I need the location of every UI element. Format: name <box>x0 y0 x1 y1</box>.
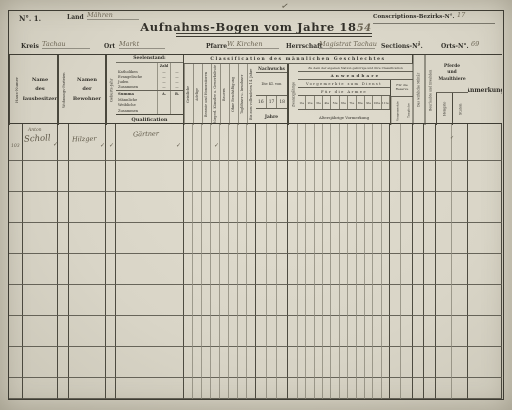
summa-row-cell <box>157 108 170 114</box>
grid-cell <box>277 192 288 223</box>
classification-group-column: Ohne Beschäftigung <box>229 64 238 125</box>
twenty-year-olds-column: Zwanzigjährige <box>288 64 298 125</box>
grid-cell <box>184 285 193 316</box>
classification-group-columns: GeistlicheAdeligeBeamte und Honoratioren… <box>184 64 256 125</box>
grid-cell <box>202 285 211 316</box>
livestock-subcolumn: Stuten <box>452 93 468 125</box>
grid-cell <box>298 347 306 378</box>
grid-cell <box>116 378 184 399</box>
grid-cell <box>106 223 116 254</box>
livestock-title-line: und <box>447 70 456 77</box>
classification-group-column: Bürgerl. Künstler u. Gewerbsleute <box>211 64 220 125</box>
grid-cell <box>348 285 357 316</box>
grid-cell <box>424 378 436 399</box>
grid-cell <box>23 161 58 192</box>
grid-cell <box>184 223 193 254</box>
grid-cell <box>116 285 184 316</box>
grid-cell <box>58 378 69 399</box>
grid-cell <box>69 223 106 254</box>
grid-cell <box>424 316 436 347</box>
grid-cell <box>357 378 365 399</box>
grid-cell <box>184 192 193 223</box>
classification-group-column: Bauern <box>220 64 229 125</box>
grid-cell <box>106 285 116 316</box>
grid-cell <box>413 124 424 161</box>
armee-class-cell: 11te <box>382 96 390 109</box>
grid-cell <box>184 316 193 347</box>
grid-cell <box>373 285 382 316</box>
grid-cell <box>452 192 468 223</box>
grid-cell <box>220 124 229 161</box>
grid-cell <box>413 378 424 399</box>
grid-cell <box>238 223 247 254</box>
column-remarks: Anmerkung <box>468 55 502 125</box>
grid-cell <box>116 192 184 223</box>
religion-box-title: Seelenstand: <box>116 55 183 63</box>
grid-cell <box>106 378 116 399</box>
grid-cell <box>277 316 288 347</box>
grid-cell <box>323 223 331 254</box>
grid-cell <box>357 192 365 223</box>
grid-cell <box>306 285 315 316</box>
grid-cell <box>238 316 247 347</box>
column-inhabitants: Namen der Bewohner <box>69 55 106 125</box>
grid-cell <box>401 285 413 316</box>
grid-cell <box>357 161 365 192</box>
grid-cell <box>468 254 502 285</box>
grid-cell <box>247 161 256 192</box>
grid-cell <box>202 378 211 399</box>
grid-cell <box>306 254 315 285</box>
grid-cell <box>220 285 229 316</box>
grid-cell <box>315 254 323 285</box>
grid-cell <box>390 316 401 347</box>
grid-cell <box>58 254 69 285</box>
grid-cell <box>323 316 331 347</box>
entry-check-mark: ✓ <box>450 135 454 141</box>
grid-cell <box>106 161 116 192</box>
military-column: Das wirkliche Militär <box>413 55 425 125</box>
grid-cell <box>340 223 348 254</box>
grid-cell <box>436 347 452 378</box>
grid-cell <box>220 347 229 378</box>
nachwuchs-year-cell: 18 <box>277 96 287 108</box>
livestock-title: Pferde und Maulthiere <box>436 55 468 93</box>
nachwuchs-subtitle: Die Kl. von <box>256 73 287 96</box>
grid-cell <box>238 192 247 223</box>
armee-class-cell: 3te <box>315 96 323 109</box>
reserve-subcolumns: VorgemerkteTaugliche <box>390 96 413 125</box>
grid-cell <box>238 161 247 192</box>
nachwuchs-year-cell: 17 <box>267 96 278 108</box>
grid-cell <box>23 223 58 254</box>
armee-class-cell: 5te <box>331 96 339 109</box>
sections-value-handwriting: 1 <box>417 40 421 48</box>
grid-cell <box>267 347 277 378</box>
grid-cell <box>306 378 315 399</box>
grid-cell <box>193 223 202 254</box>
grid-cell <box>340 316 348 347</box>
summa-row: Zusammen <box>116 108 183 114</box>
herrschaft-label: Herrschaft <box>286 43 322 50</box>
grid-cell <box>340 347 348 378</box>
grid-cell <box>315 347 323 378</box>
grid-cell <box>468 192 502 223</box>
summa-header: Summa A. B. <box>116 90 183 97</box>
grid-cell <box>193 192 202 223</box>
grid-cell <box>382 378 390 399</box>
title-double-rule <box>176 33 372 37</box>
grid-cell <box>202 347 211 378</box>
grid-cell <box>382 161 390 192</box>
grid-cell <box>277 254 288 285</box>
grid-cell <box>315 124 323 161</box>
grid-cell <box>348 192 357 223</box>
grid-cell <box>424 347 436 378</box>
grid-cell <box>306 161 315 192</box>
grid-cell <box>23 347 58 378</box>
grid-cell <box>331 378 340 399</box>
grid-cell <box>424 192 436 223</box>
grid-cell <box>298 285 306 316</box>
grid-cell <box>348 223 357 254</box>
grid-cell <box>452 223 468 254</box>
grid-cell <box>436 161 452 192</box>
grid-cell <box>315 316 323 347</box>
armee-row: Für die Armee <box>298 88 390 96</box>
grid-cell <box>288 378 298 399</box>
grid-cell <box>220 161 229 192</box>
grid-cell <box>331 124 340 161</box>
armee-class-cell: 1te <box>298 96 306 109</box>
armee-class-cell: 2te <box>306 96 314 109</box>
grid-cell <box>211 192 220 223</box>
grid-cell <box>247 254 256 285</box>
grid-cell <box>315 192 323 223</box>
grid-cell <box>247 378 256 399</box>
grid-cell <box>116 347 184 378</box>
classification-group-column: Bis zum vollendeten 14. Jahre <box>247 64 256 125</box>
grid-cell <box>340 124 348 161</box>
grid-cell <box>247 285 256 316</box>
grid-cell <box>315 285 323 316</box>
kreis-value-handwriting: Tachau <box>42 40 90 49</box>
grid-cell <box>401 316 413 347</box>
grid-cell <box>298 161 306 192</box>
grid-cell <box>267 192 277 223</box>
nachwuchs-year-cell: 16 <box>256 96 267 108</box>
grid-cell <box>424 285 436 316</box>
grid-cell <box>424 223 436 254</box>
column-house-number: Haus-Numer <box>9 55 23 125</box>
grid-cell <box>202 254 211 285</box>
grid-cell <box>202 316 211 347</box>
pfarre-label: Pfarre <box>206 43 227 50</box>
grid-cell <box>365 124 373 161</box>
religion-row-label: Katholiken <box>116 70 157 74</box>
grid-cell <box>116 254 184 285</box>
grid-cell <box>365 161 373 192</box>
grid-cell <box>229 285 238 316</box>
grid-cell <box>247 347 256 378</box>
grid-cell <box>298 254 306 285</box>
grid-cell <box>413 285 424 316</box>
grid-cell <box>267 378 277 399</box>
grid-cell <box>277 124 288 161</box>
grid-cell <box>69 161 106 192</box>
grid-cell <box>413 347 424 378</box>
grid-cell <box>365 347 373 378</box>
grid-cell <box>436 192 452 223</box>
grid-cell <box>331 347 340 378</box>
remarks-label: Anmerkung <box>468 87 502 94</box>
entry-check-mark: ✓ <box>176 142 181 149</box>
classification-group-column: Adelige <box>193 64 202 125</box>
grid-cell <box>298 124 306 161</box>
grid-cell <box>373 161 382 192</box>
grid-cell <box>69 378 106 399</box>
grid-cell <box>256 161 267 192</box>
grid-cell <box>229 192 238 223</box>
grid-cell <box>106 192 116 223</box>
grid-cell <box>58 124 69 161</box>
column-dwelling-party: Wohnungs-Parteien <box>58 55 69 125</box>
grid-cell <box>331 316 340 347</box>
grid-cell <box>306 223 315 254</box>
owner-line: des <box>35 85 45 95</box>
entry-owner-first-name-handwriting: Anton <box>28 128 42 133</box>
summa-rows: MännlicheWeiblicheZusammen <box>116 97 183 114</box>
grid-cell <box>267 254 277 285</box>
nachwuchs-years: 161718 <box>256 96 287 109</box>
grid-cell <box>331 254 340 285</box>
grid-cell <box>288 254 298 285</box>
grid-cell <box>256 254 267 285</box>
entry-check-mark: ✓ <box>53 141 58 148</box>
grid-cell <box>390 378 401 399</box>
grid-cell <box>401 254 413 285</box>
summa-row-label: Weibliche <box>116 103 157 107</box>
grid-cell <box>390 161 401 192</box>
grid-cell <box>452 378 468 399</box>
grid-cell <box>373 124 382 161</box>
grid-cell <box>58 223 69 254</box>
nachwuchs-title: Nachwuchs <box>256 64 287 73</box>
grid-cell <box>256 347 267 378</box>
ort-value-handwriting: Markt <box>119 40 165 49</box>
pencil-check-mark: ✓ <box>280 1 289 12</box>
grid-cell <box>58 347 69 378</box>
armee-class-cell: 4te <box>323 96 331 109</box>
grid-cell <box>373 378 382 399</box>
grid-cell <box>340 254 348 285</box>
grid-cell <box>390 347 401 378</box>
grid-cell <box>331 223 340 254</box>
grid-cell <box>23 378 58 399</box>
grid-cell <box>193 124 202 161</box>
grid-cell <box>306 124 315 161</box>
grid-cell <box>323 124 331 161</box>
grid-cell <box>315 223 323 254</box>
military-column: Beurlaubte und Invaliden <box>425 55 437 125</box>
grid-cell <box>116 161 184 192</box>
grid-cell <box>424 254 436 285</box>
grid-cell <box>298 192 306 223</box>
grid-cell <box>69 192 106 223</box>
grid-cell <box>267 223 277 254</box>
grid-cell <box>9 347 23 378</box>
reserve-subcolumn: Taugliche <box>403 97 414 125</box>
grid-cell <box>106 316 116 347</box>
grid-cell <box>277 223 288 254</box>
classification-group-column: Beamte und Honoratioren <box>202 64 211 125</box>
grid-cell <box>401 378 413 399</box>
grid-cell <box>468 285 502 316</box>
grid-cell <box>116 316 184 347</box>
classification-title: Classification des männlichen Geschlecht… <box>184 55 413 64</box>
grid-cell <box>58 285 69 316</box>
entry-house-number-handwriting: 103 <box>11 144 20 149</box>
grid-cell <box>357 316 365 347</box>
entry-check-mark: ✓ <box>109 142 114 149</box>
grid-cell <box>298 378 306 399</box>
grid-cell <box>23 316 58 347</box>
grid-cell <box>452 316 468 347</box>
grid-cell <box>288 161 298 192</box>
ort-label: Ort <box>104 43 115 50</box>
vorgemerkte-row: Vorgemerkte zum Dienst <box>298 80 390 88</box>
grid-cell <box>202 161 211 192</box>
grid-cell <box>229 223 238 254</box>
livestock-title-line: Maulthiere <box>438 77 465 84</box>
grid-cell <box>365 254 373 285</box>
grid-cell <box>382 347 390 378</box>
grid-cell <box>211 223 220 254</box>
grid-cell <box>220 316 229 347</box>
grid-cell <box>247 124 256 161</box>
pfarre-value-handwriting: W. Kirchen <box>227 40 279 49</box>
grid-cell <box>323 254 331 285</box>
grid-cell <box>382 124 390 161</box>
grid-cell <box>69 254 106 285</box>
grid-cell <box>390 223 401 254</box>
armee-class-cell: 8te <box>357 96 365 109</box>
grid-cell <box>220 192 229 223</box>
grid-cell <box>452 285 468 316</box>
grid-cell <box>413 316 424 347</box>
classification-group-column: Taglöhner u. Inwohner <box>238 64 247 125</box>
grid-cell <box>468 316 502 347</box>
religion-rows: Katholiken——Evangelische——Juden——Zusamme… <box>116 69 183 90</box>
grid-cell <box>238 285 247 316</box>
herrschaft-value-handwriting: Magistrat Tachau <box>319 40 375 49</box>
grid-cell <box>436 223 452 254</box>
grid-cell <box>340 378 348 399</box>
grid-cell <box>256 192 267 223</box>
religion-summary-box: Seelenstand: Zahl Katholiken——Evangelisc… <box>116 55 184 125</box>
grid-cell <box>373 316 382 347</box>
grid-cell <box>468 124 502 161</box>
grid-cell <box>382 192 390 223</box>
grid-cell <box>323 285 331 316</box>
conscription-classification-box: Zu dem der eigenen Nation gehörige und i… <box>298 64 413 125</box>
grid-cell <box>202 223 211 254</box>
grid-cell <box>373 223 382 254</box>
grid-cell <box>193 347 202 378</box>
reserve-cell: Für die Reserve <box>390 80 413 96</box>
grid-cell <box>468 161 502 192</box>
grid-cell <box>348 161 357 192</box>
grid-cell <box>382 254 390 285</box>
grid-cell <box>288 347 298 378</box>
grid-cell <box>247 316 256 347</box>
grid-cell <box>229 378 238 399</box>
grid-cell <box>211 347 220 378</box>
grid-cell <box>247 192 256 223</box>
anwendbare-row: Anwendbare <box>298 72 413 80</box>
religion-row-label: Juden <box>116 80 157 84</box>
grid-cell <box>184 124 193 161</box>
grid-cell <box>184 254 193 285</box>
grid-cell <box>357 223 365 254</box>
grid-cell <box>436 124 452 161</box>
religion-row-label: Zusammen <box>116 85 157 89</box>
grid-cell <box>390 285 401 316</box>
grid-cell <box>288 316 298 347</box>
grid-cell <box>390 254 401 285</box>
grid-cell <box>106 347 116 378</box>
grid-cell <box>211 316 220 347</box>
grid-cell <box>348 254 357 285</box>
census-sheet-paper: N°. 1. Land Mähren Conscriptions-Bezirks… <box>0 0 512 410</box>
grid-cell <box>220 378 229 399</box>
grid-cell <box>401 124 413 161</box>
grid-cell <box>69 285 106 316</box>
grid-cell <box>267 124 277 161</box>
grid-cell <box>229 161 238 192</box>
entry-check-mark: ✓ <box>100 142 105 149</box>
grid-cell <box>357 285 365 316</box>
grid-cell <box>277 161 288 192</box>
grid-cell <box>413 161 424 192</box>
grid-cell <box>288 285 298 316</box>
grid-cell <box>348 316 357 347</box>
grid-cell <box>365 316 373 347</box>
grid-cell <box>193 161 202 192</box>
grid-cell <box>256 223 267 254</box>
grid-cell <box>468 347 502 378</box>
grid-cell <box>238 347 247 378</box>
column-house-owner: Name des Hausbesitzers <box>23 55 58 125</box>
grid-cell <box>436 316 452 347</box>
inhabitants-line: Bewohner <box>73 95 101 105</box>
grid-cell <box>413 254 424 285</box>
grid-cell <box>436 285 452 316</box>
grid-cell <box>220 254 229 285</box>
conscription-value-handwriting: 17 <box>457 11 465 19</box>
armee-class-columns: 1te2te3te4te5te6te7te8te9te10te11te <box>298 96 390 109</box>
grid-cell <box>452 161 468 192</box>
grid-cell <box>382 316 390 347</box>
grid-cell <box>382 285 390 316</box>
grid-cell <box>452 124 468 161</box>
grid-cell <box>315 378 323 399</box>
grid-cell <box>468 378 502 399</box>
grid-cell <box>184 161 193 192</box>
grid-cell <box>288 124 298 161</box>
grid-cell <box>193 316 202 347</box>
grid-cell <box>357 254 365 285</box>
